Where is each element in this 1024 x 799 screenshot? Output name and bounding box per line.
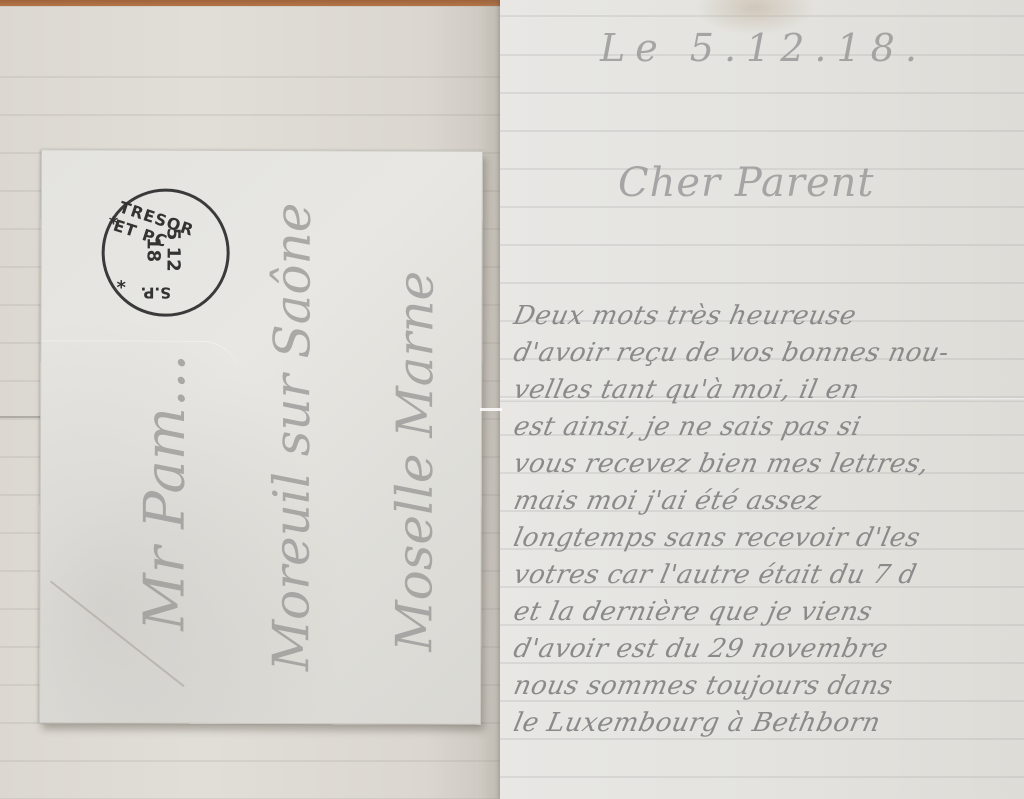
postmark-stamp: * TRESOR ET PC 5 12 18 * S.P. [101,188,229,316]
thread [0,416,42,418]
envelope-address-line: Mr Pam... [132,354,198,631]
letter-line: nous sommes toujours dans [510,668,1018,705]
letter-page: Le 5.12.18. Cher Parent Deux mots très h… [500,0,1024,799]
letter-line: d'avoir est du 29 novembre [510,631,1018,668]
letter-salutation: Cher Parent [618,160,874,206]
postmark-year: 18 [143,237,164,262]
envelope-address-line: Moreuil sur Saône [262,203,322,672]
envelope: * TRESOR ET PC 5 12 18 * S.P. Mr Pam... … [39,149,483,725]
postmark-date: 5 12 18 [143,228,183,272]
letter-body: Deux mots très heureuse d'avoir reçu de … [514,298,1014,742]
document-photo: Le 5.12.18. Cher Parent Deux mots très h… [0,0,1024,799]
letter-line: votres car l'autre était du 7 d [510,557,1018,594]
letter-date: Le 5.12.18. [600,26,927,70]
letter-line: est ainsi, je ne sais pas si [510,409,1018,446]
postmark-month: 12 [163,247,184,272]
thread [480,408,502,411]
envelope-address-line: Moselle Marne [385,271,444,652]
letter-line: Deux mots très heureuse [510,298,1018,335]
letter-line: mais moi j'ai été assez [510,483,1018,520]
letter-line: et la dernière que je viens [510,594,1018,631]
letter-line: le Luxembourg à Bethborn [510,705,1018,742]
letter-line: vous recevez bien mes lettres, [510,446,1018,483]
postmark-day: 5 [163,228,184,241]
postmark-sector: S.P. [140,284,171,302]
star-icon: * [116,277,125,298]
letter-line: velles tant qu'à moi, il en [510,372,1018,409]
letter-line: d'avoir reçu de vos bonnes nou- [510,335,1018,372]
letter-line: longtemps sans recevoir d'les [510,520,1018,557]
